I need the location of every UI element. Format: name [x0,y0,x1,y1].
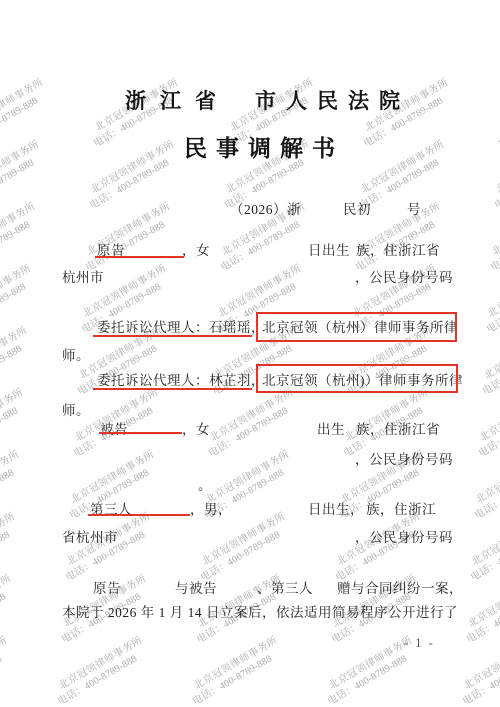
watermark-stamp: 北京冠领律师事务所电话：400-8789-888 [474,324,500,398]
watermark-firm-name: 北京冠领律师事务所 [494,138,500,197]
document-title: 民事调解书 [184,130,344,163]
watermark-firm-name: 北京冠领律师事务所 [0,324,30,383]
watermark-stamp: 北京冠领律师事务所电话：400-8789-888 [192,510,295,584]
defendant-line: 出生 [317,418,345,438]
watermark-stamp: 北京冠领律师事务所电话：400-8789-888 [0,200,45,274]
watermark-firm-name: 北京冠领律师事务所 [490,200,500,259]
document-page: 北京冠领律师事务所电话：400-8789-888北京冠领律师事务所电话：400-… [0,0,500,707]
watermark-phone: 电话：400-8789-888 [0,150,49,213]
watermark-phone: 电话：400-8789-888 [0,646,17,707]
highlight-box [256,312,457,342]
watermark-phone: 电话：400-8789-888 [465,584,500,647]
case-number-line: 民初 [343,198,371,218]
watermark-stamp: 北京冠领律师事务所电话：400-8789-888 [0,386,33,460]
defendant-line: 族，住浙江省 [356,418,440,438]
watermark-phone: 电话：400-8789-888 [88,150,184,213]
watermark-phone: 电话：400-8789-888 [477,398,500,461]
highlight-underline [93,388,252,390]
watermark-stamp: 北京冠领律师事务所电话：400-8789-888 [0,324,37,398]
watermark-phone: 电话：400-8789-888 [219,212,315,275]
watermark-phone: 电话：400-8789-888 [0,88,53,151]
case-summary-line: 赠与合同纠纷一案， [337,577,463,597]
watermark-stamp: 北京冠领律师事务所电话：400-8789-888 [0,138,49,212]
watermark-stamp: 北京冠领律师事务所电话：400-8789-888 [0,634,17,707]
watermark-stamp: 北京冠领律师事务所电话：400-8789-888 [486,138,500,212]
watermark-firm-name: 北京冠领律师事务所 [0,448,22,507]
watermark-stamp: 北京冠领律师事务所电话：400-8789-888 [0,76,53,150]
watermark-phone: 电话：400-8789-888 [489,212,500,275]
watermark-firm-name: 北京冠领律师事务所 [192,634,280,693]
highlight-underline [88,514,190,516]
third-party-line: 日出生， [308,498,364,518]
highlight-underline [93,335,252,337]
watermark-firm-name: 北京冠领律师事务所 [57,634,145,693]
watermark-phone: 电话：400-8789-888 [207,398,303,461]
plaintiff-line: 族，住浙江省 [356,239,440,259]
watermark-firm-name: 北京冠领律师事务所 [89,138,177,197]
case-number-line: （2026）浙 [230,198,301,218]
watermark-firm-name: 北京冠领律师事务所 [482,324,500,383]
watermark-stamp: 北京冠领律师事务所电话：400-8789-888 [81,138,184,212]
watermark-firm-name: 北京冠领律师事务所 [466,572,500,631]
watermark-firm-name: 北京冠领律师事务所 [474,448,500,507]
watermark-phone: 电话：400-8789-888 [191,646,287,707]
watermark-stamp: 北京冠领律师事务所电话：400-8789-888 [454,634,500,707]
third-party-line: ，男， [190,498,232,518]
plaintiff-address-line: ，公民身份号码 [355,266,453,286]
watermark-firm-name: 北京冠领律师事务所 [0,200,38,259]
watermark-stamp: 北京冠领律师事务所电话：400-8789-888 [482,200,500,274]
watermark-phone: 电话：400-8789-888 [461,646,500,707]
watermark-firm-name: 北京冠领律师事务所 [327,634,415,693]
watermark-stamp: 北京冠领律师事务所电话：400-8789-888 [0,510,25,584]
watermark-firm-name: 北京冠领律师事务所 [0,572,14,631]
attorney2-wrap-line: 师。 [62,399,90,419]
watermark-firm-name: 北京冠领律师事务所 [0,262,34,321]
watermark-firm-name: 北京冠领律师事务所 [470,510,500,569]
watermark-stamp: 北京冠领律师事务所电话：400-8789-888 [184,634,287,707]
highlight-underline [95,256,184,258]
watermark-firm-name: 北京冠领律师事务所 [359,138,447,197]
defendant-end-line: 。 [198,474,212,494]
watermark-stamp: 北京冠领律师事务所电话：400-8789-888 [478,262,500,336]
plaintiff-line: ，女 [182,239,210,259]
watermark-phone: 电话：400-8789-888 [0,398,33,461]
attorney2-line: 委托诉讼代理人：林芷羽， [97,369,265,389]
watermark-phone: 电话：400-8789-888 [199,522,295,585]
watermark-stamp: 北京冠领律师事务所电话：400-8789-888 [200,386,303,460]
watermark-stamp: 北京冠领律师事务所电话：400-8789-888 [77,200,180,274]
watermark-stamp: 北京冠领律师事务所电话：400-8789-888 [49,634,152,707]
court-name-court: 市人民法院 [255,85,410,115]
watermark-stamp: 北京冠领律师事务所电话：400-8789-888 [462,510,500,584]
page-number: - 1 - [404,636,435,651]
watermark-phone: 电话：400-8789-888 [326,646,422,707]
watermark-phone: 电话：400-8789-888 [469,522,500,585]
watermark-firm-name: 北京冠领律师事务所 [0,634,10,693]
case-number-line: 号 [407,198,421,218]
watermark-firm-name: 北京冠领律师事务所 [208,386,296,445]
third-party-line: 族，住浙江 [366,498,436,518]
watermark-phone: 电话：400-8789-888 [0,460,29,523]
watermark-firm-name: 北京冠领律师事务所 [0,76,46,135]
attorney1-wrap-line: 师。 [62,344,90,364]
filing-line: 本院于 2026 年 1 月 14 日立案后，依法适用简易程序公开进行了 [62,601,458,621]
watermark-stamp: 北京冠领律师事务所电话：400-8789-888 [0,572,21,646]
watermark-stamp: 北京冠领律师事务所电话：400-8789-888 [490,76,500,150]
watermark-phone: 电话：400-8789-888 [493,150,500,213]
highlight-box [256,364,458,393]
watermark-stamp: 北京冠领律师事务所电话：400-8789-888 [470,386,500,460]
defendant-id-line: ，公民身份号码 [355,448,453,468]
third-party-address-line: 省杭州市 [62,526,118,546]
watermark-phone: 电话：400-8789-888 [485,274,500,337]
watermark-firm-name: 北京冠领律师事务所 [0,386,26,445]
watermark-phone: 电话：400-8789-888 [0,274,41,337]
court-name-province: 浙江省 [125,85,230,115]
third-party-address-line: ，公民身份号码 [355,526,453,546]
watermark-phone: 电话：400-8789-888 [0,212,45,275]
watermark-phone: 电话：400-8789-888 [481,336,500,399]
case-summary-line: 与被告 [175,577,217,597]
watermark-phone: 电话：400-8789-888 [0,522,25,585]
watermark-firm-name: 北京冠领律师事务所 [478,386,500,445]
watermark-phone: 电话：400-8789-888 [56,646,152,707]
defendant-line: 被告 [100,418,128,438]
watermark-phone: 电话：400-8789-888 [358,150,454,213]
watermark-stamp: 北京冠领律师事务所电话：400-8789-888 [466,448,500,522]
highlight-underline [99,432,182,434]
plaintiff-address-line: 杭州市 [62,266,104,286]
watermark-firm-name: 北京冠领律师事务所 [0,138,42,197]
watermark-firm-name: 北京冠领律师事务所 [200,510,288,569]
attorney1-line: 委托诉讼代理人：石瑶瑶， [97,316,265,336]
watermark-stamp: 北京冠领律师事务所电话：400-8789-888 [0,262,41,336]
case-summary-line: 原告 [93,577,121,597]
defendant-line: ，女 [182,418,210,438]
watermark-phone: 电话：400-8789-888 [0,336,37,399]
watermark-phone: 电话：400-8789-888 [497,88,500,151]
watermark-firm-name: 北京冠领律师事务所 [0,510,18,569]
case-summary-line: 、第三人 [257,577,313,597]
watermark-firm-name: 北京冠领律师事务所 [462,634,500,693]
watermark-stamp: 北京冠领律师事务所电话：400-8789-888 [327,510,430,584]
watermark-firm-name: 北京冠领律师事务所 [486,262,500,321]
watermark-stamp: 北京冠领律师事务所电话：400-8789-888 [458,572,500,646]
watermark-phone: 电话：400-8789-888 [473,460,500,523]
plaintiff-line: 日出生 [308,239,350,259]
watermark-stamp: 北京冠领律师事务所电话：400-8789-888 [57,510,160,584]
watermark-stamp: 北京冠领律师事务所电话：400-8789-888 [0,448,29,522]
watermark-phone: 电话：400-8789-888 [0,584,21,647]
